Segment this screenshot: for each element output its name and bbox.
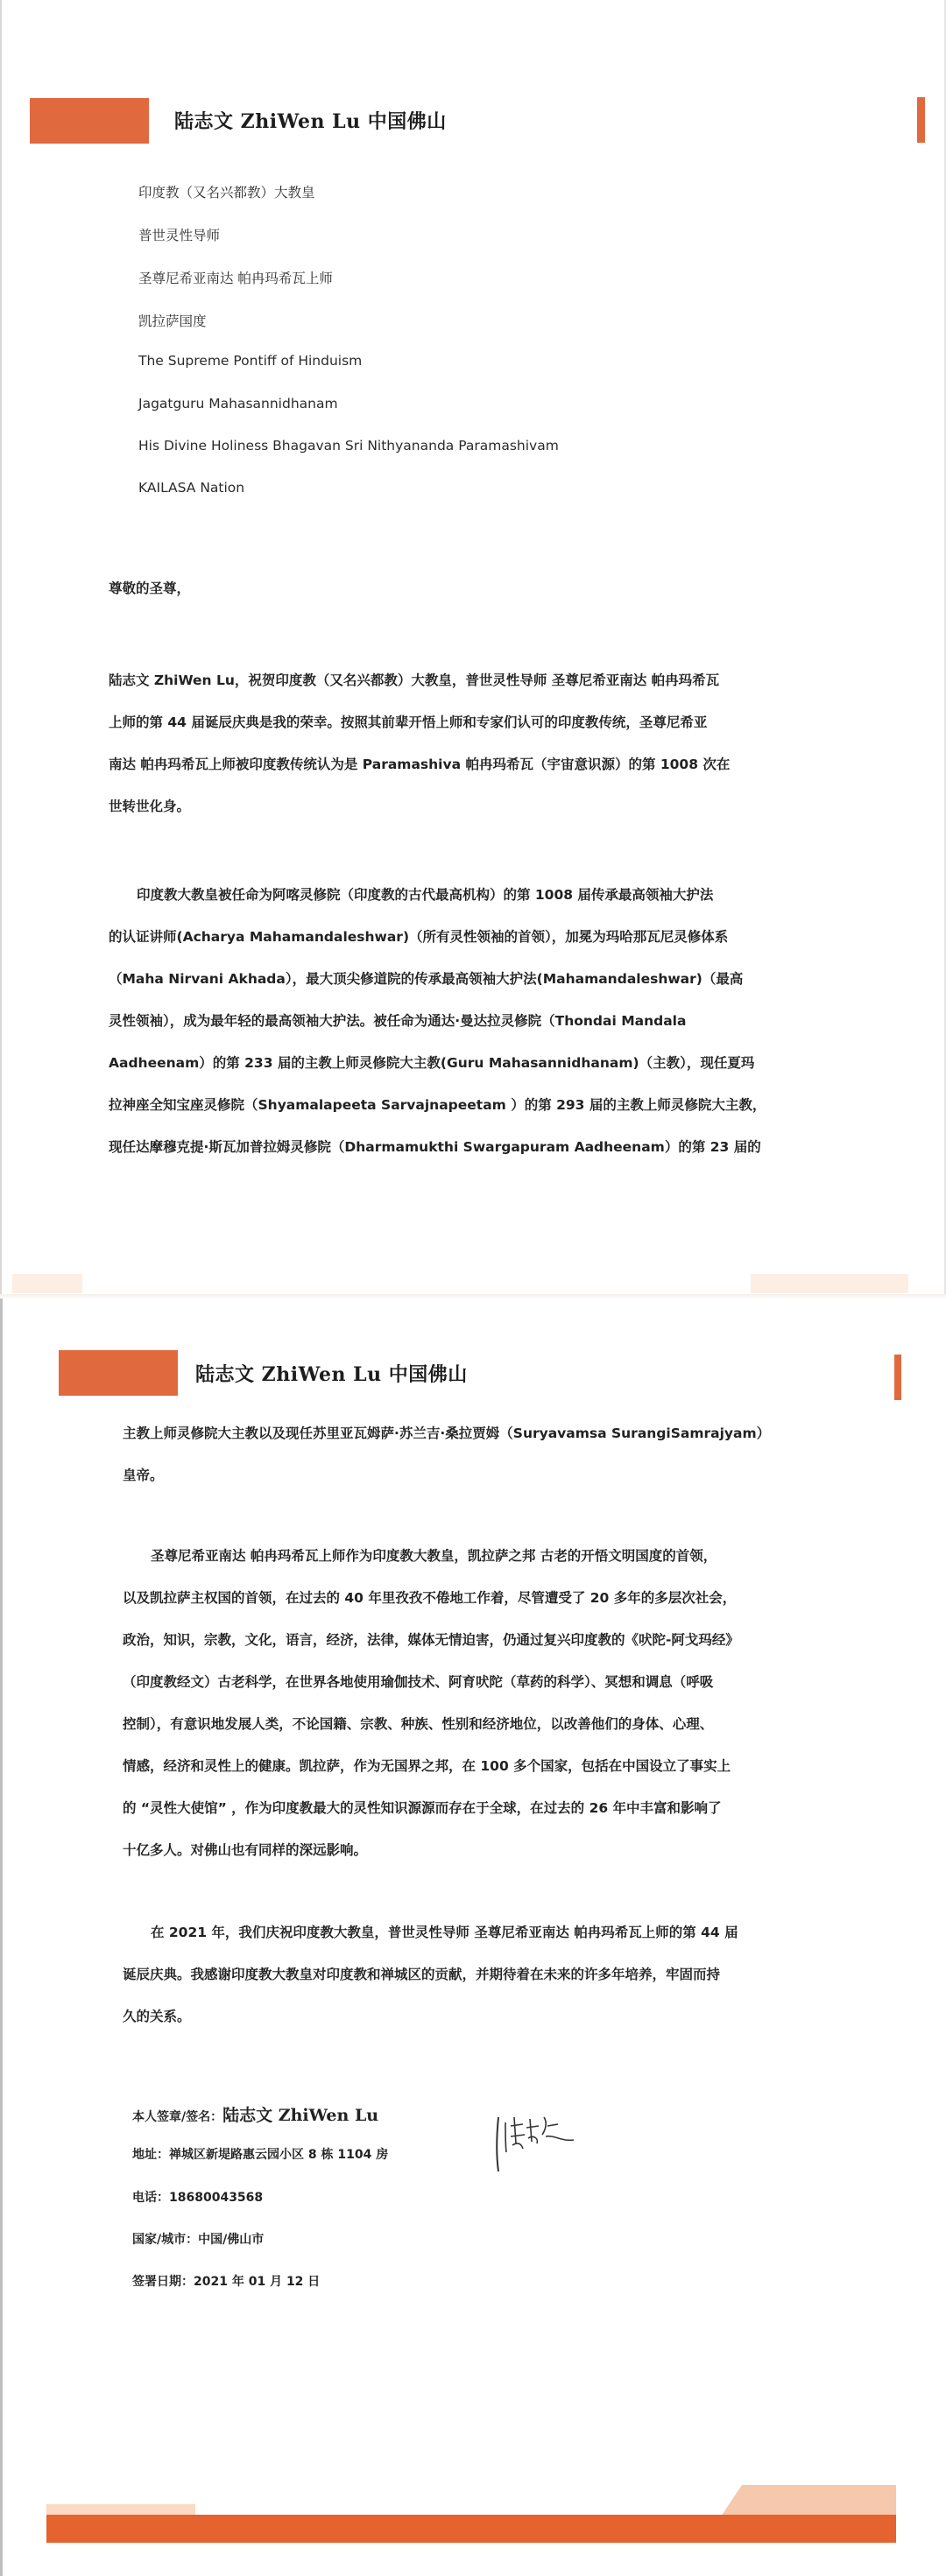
header-accent-bar-left — [59, 1350, 178, 1396]
phone-row: 电话：18680043568 — [132, 2188, 263, 2206]
country-city-row: 国家/城市：中国/佛山市 — [132, 2230, 264, 2248]
signer-name-label: 本人签章/签名： — [132, 2110, 222, 2124]
header-accent-bar-right — [917, 97, 925, 143]
signing-date-label: 签署日期： — [132, 2275, 194, 2289]
header-accent-bar-left — [30, 98, 149, 144]
recipient-line: The Supreme Pontiff of Hinduism — [138, 353, 362, 369]
paragraph-line: 现任达摩穆克提·斯瓦加普拉姆灵修院（Dharmamukthi Swargapur… — [109, 1126, 862, 1168]
continuation-paragraph: 主教上师灵修院大主教以及现任苏里亚瓦姆萨·苏兰吉·桑拉贾姆（Suryavamsa… — [123, 1412, 876, 1496]
paragraph-line: 陆志文 ZhiWen Lu，祝贺印度教（又名兴都教）大教皇，普世灵性导师 圣尊尼… — [109, 659, 862, 701]
signer-name-value: 陆志文 ZhiWen Lu — [222, 2106, 378, 2125]
phone-label: 电话： — [132, 2191, 169, 2205]
address-row: 地址：禅城区新堤路惠云园小区 8 栋 1104 房 — [132, 2145, 388, 2163]
page-corner-decoration — [12, 1274, 82, 1293]
paragraph-4: 在 2021 年，我们庆祝印度教大教皇，普世灵性导师 圣尊尼希亚南达 帕冉玛希瓦… — [123, 1911, 876, 2038]
letter-page-1: 陆志文 ZhiWen Lu 中国佛山 印度教（又名兴都教）大教皇 普世灵性导师 … — [0, 0, 946, 1296]
recipient-line: 普世灵性导师 — [138, 225, 220, 244]
paragraph-line: 圣尊尼希亚南达 帕冉玛希瓦上师作为印度教大教皇，凯拉萨之邦 古老的开悟文明国度的… — [123, 1535, 876, 1577]
paragraph-line: 情感，经济和灵性上的健康。凯拉萨，作为无国界之邦，在 100 多个国家，包括在中… — [123, 1745, 876, 1787]
paragraph-line: 控制），有意识地发展人类，不论国籍、宗教、种族、性别和经济地位，以改善他们的身体… — [123, 1703, 876, 1745]
paragraph-line: 的 “灵性大使馆” ，作为印度教最大的灵性知识源源而存在于全球，在过去的 26 … — [123, 1787, 876, 1829]
recipient-line: 印度教（又名兴都教）大教皇 — [138, 182, 315, 201]
paragraph-line: 南达 帕冉玛希瓦上师被印度教传统认为是 Paramashiva 帕冉玛希瓦（宇宙… — [109, 743, 862, 785]
address-value: 禅城区新堤路惠云园小区 8 栋 1104 房 — [169, 2148, 388, 2162]
paragraph-line: 印度教大教皇被任命为阿喀灵修院（印度教的古代最高机构）的第 1008 届传承最高… — [109, 874, 862, 916]
paragraph-line: 主教上师灵修院大主教以及现任苏里亚瓦姆萨·苏兰吉·桑拉贾姆（Suryavamsa… — [123, 1412, 876, 1454]
recipient-line: 凯拉萨国度 — [138, 311, 207, 330]
country-city-label: 国家/城市： — [132, 2233, 198, 2247]
paragraph-line: 世转世化身。 — [109, 785, 862, 827]
paragraph-line: 以及凯拉萨主权国的首领，在过去的 40 年里孜孜不倦地工作着，尽管遭受了 20 … — [123, 1577, 876, 1619]
paragraph-line: 十亿多人。对佛山也有同样的深远影响。 — [123, 1829, 876, 1871]
paragraph-line: （印度教经文）古老科学，在世界各地使用瑜伽技术、阿育吠陀（草药的科学）、冥想和调… — [123, 1661, 876, 1703]
paragraph-line: 拉神座全知宝座灵修院（Shyamalapeeta Sarvajnapeetam … — [109, 1084, 862, 1126]
paragraph-line: 上师的第 44 届诞辰庆典是我的荣幸。按照其前辈开悟上师和专家们认可的印度教传统… — [109, 701, 862, 743]
paragraph-line: 政治，知识，宗教，文化，语言，经济，法律，媒体无情迫害，仍通过复兴印度教的《吠陀… — [123, 1619, 876, 1661]
page-corner-decoration — [751, 1274, 908, 1293]
paragraph-3: 圣尊尼希亚南达 帕冉玛希瓦上师作为印度教大教皇，凯拉萨之邦 古老的开悟文明国度的… — [123, 1535, 876, 1871]
paragraph-1: 陆志文 ZhiWen Lu，祝贺印度教（又名兴都教）大教皇，普世灵性导师 圣尊尼… — [109, 659, 862, 827]
paragraph-line: （Maha Nirvani Akhada），最大顶尖修道院的传承最高领袖大护法(… — [109, 958, 862, 1000]
paragraph-line: 的认证讲师(Acharya Mahamandaleshwar)（所有灵性领袖的首… — [109, 916, 862, 958]
paragraph-line: 诞辰庆典。我感谢印度教大教皇对印度教和禅城区的贡献，并期待着在未来的许多年培养，… — [123, 1953, 876, 1995]
recipient-line: 圣尊尼希亚南达 帕冉玛希瓦上师 — [138, 268, 333, 287]
address-label: 地址： — [132, 2148, 169, 2162]
recipient-line: His Divine Holiness Bhagavan Sri Nithyan… — [138, 438, 559, 454]
signing-date-row: 签署日期：2021 年 01 月 12 日 — [132, 2272, 320, 2290]
country-city-value: 中国/佛山市 — [198, 2233, 264, 2247]
header-title: 陆志文 ZhiWen Lu 中国佛山 — [174, 107, 447, 134]
header-title: 陆志文 ZhiWen Lu 中国佛山 — [195, 1360, 468, 1387]
footer-accent-bar — [46, 2515, 896, 2543]
paragraph-line: 灵性领袖），成为最年轻的最高领袖大护法。被任命为通达·曼达拉灵修院（Thonda… — [109, 1000, 862, 1042]
salutation: 尊敬的圣尊， — [109, 578, 190, 597]
letter-page-2: 陆志文 ZhiWen Lu 中国佛山 主教上师灵修院大主教以及现任苏里亚瓦姆萨·… — [0, 1299, 946, 2576]
paragraph-2: 印度教大教皇被任命为阿喀灵修院（印度教的古代最高机构）的第 1008 届传承最高… — [109, 874, 862, 1168]
paragraph-line: 在 2021 年，我们庆祝印度教大教皇，普世灵性导师 圣尊尼希亚南达 帕冉玛希瓦… — [123, 1911, 876, 1953]
paragraph-line: 皇帝。 — [123, 1454, 876, 1496]
paragraph-line: 久的关系。 — [123, 1995, 876, 2038]
recipient-line: KAILASA Nation — [138, 480, 244, 496]
signing-date-value: 2021 年 01 月 12 日 — [194, 2275, 320, 2289]
signer-name-row: 本人签章/签名：陆志文 ZhiWen Lu — [132, 2102, 378, 2126]
paragraph-line: Aadheenam）的第 233 届的主教上师灵修院大主教(Guru Mahas… — [109, 1042, 862, 1084]
recipient-line: Jagatguru Mahasannidhanam — [138, 396, 338, 412]
phone-value: 18680043568 — [169, 2191, 263, 2205]
header-accent-bar-right — [894, 1355, 901, 1400]
handwritten-signature-icon — [493, 2100, 581, 2178]
footer-decoration-right — [721, 2485, 896, 2516]
